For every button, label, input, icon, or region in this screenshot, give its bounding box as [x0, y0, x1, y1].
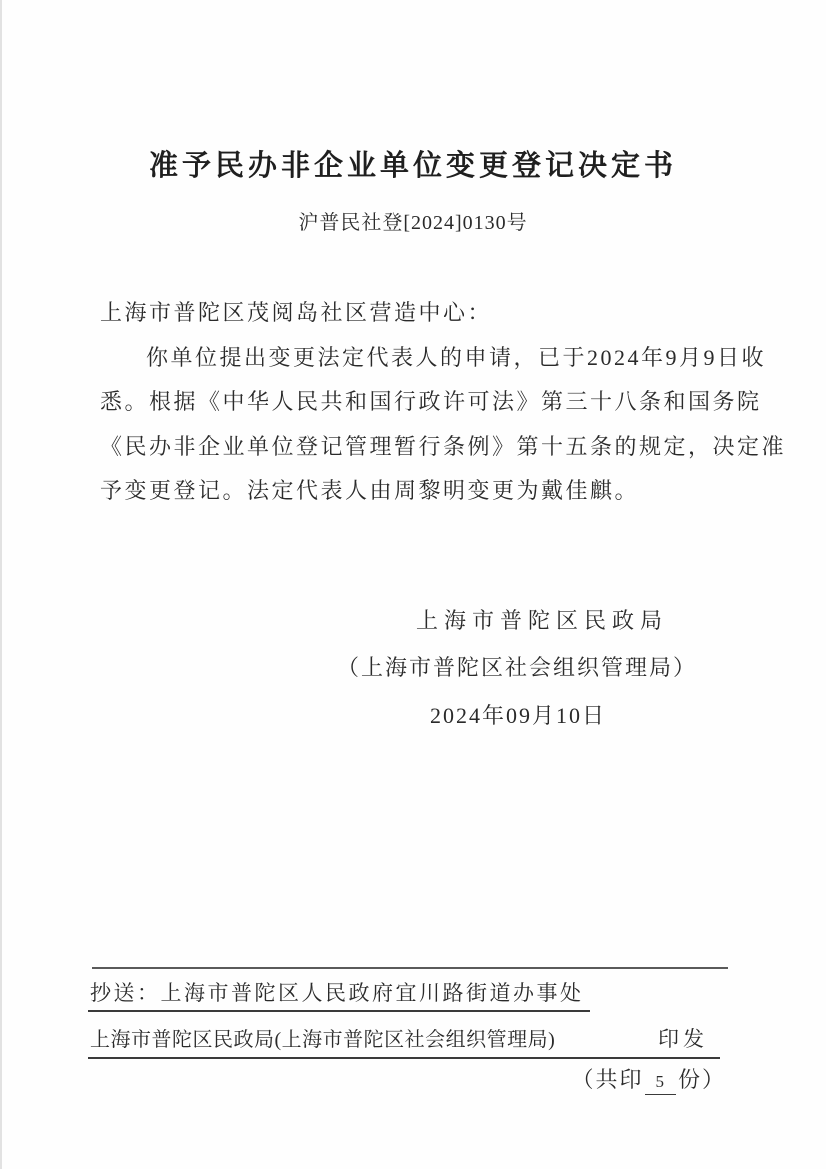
document-body: 上海市普陀区茂阅岛社区营造中心： 你单位提出变更法定代表人的申请，已于2024年…: [100, 291, 766, 514]
body-line: 悉。根据《中华人民共和国行政许可法》第三十八条和国务院: [100, 380, 766, 425]
signature-org: 上海市普陀区民政局: [416, 604, 668, 635]
body-line: 予变更登记。法定代表人由周黎明变更为戴佳麒。: [100, 469, 766, 514]
footer-issue-label: 印发: [658, 1023, 720, 1053]
footer-issuer-line: 上海市普陀区民政局(上海市普陀区社会组织管理局) 印发: [88, 1023, 720, 1059]
page-title: 准予民办非企业单位变更登记决定书: [0, 143, 826, 184]
body-line: 你单位提出变更法定代表人的申请，已于2024年9月9日收: [100, 336, 766, 381]
footer-divider: [92, 967, 728, 969]
copies-note: （共印5份）: [571, 1063, 726, 1095]
copies-prefix: （共印: [571, 1067, 643, 1092]
footer-issuer-name: 上海市普陀区民政局(上海市普陀区社会组织管理局): [88, 1023, 555, 1052]
body-line: 《民办非企业单位登记管理暂行条例》第十五条的规定，决定准: [100, 425, 766, 470]
doc-number: 沪普民社登[2024]0130号: [0, 206, 826, 235]
signature-org-alias: （上海市普陀区社会组织管理局）: [337, 651, 697, 682]
salutation-line: 上海市普陀区茂阅岛社区营造中心：: [100, 291, 766, 336]
document-page: 准予民办非企业单位变更登记决定书 沪普民社登[2024]0130号 上海市普陀区…: [0, 0, 826, 1169]
signature-date: 2024年09月10日: [430, 699, 606, 730]
footer-cc-line: 抄送：上海市普陀区人民政府宜川路街道办事处: [88, 977, 590, 1012]
copies-count: 5: [645, 1072, 676, 1095]
copies-suffix: 份）: [678, 1067, 726, 1092]
